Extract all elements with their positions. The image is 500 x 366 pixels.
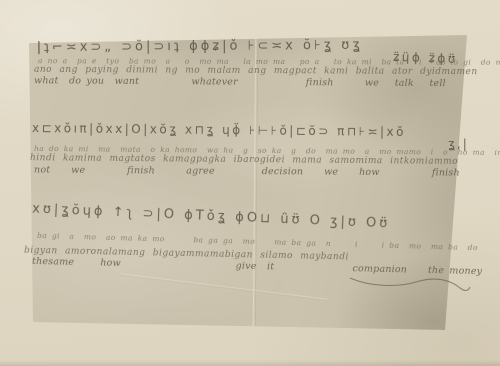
- flourish-underline: [348, 270, 473, 296]
- script-line-1: ǀʇ⌐≍x⊃„ ⊃ŏ|⊃ıʇ ɸɸʑ|ǒ ⊦⊂≍x ŏ⊦ʓ ʊʓ: [37, 39, 363, 54]
- photograph: ǀʇ⌐≍x⊃„ ⊃ŏ|⊃ıʇ ɸɸʑ|ǒ ⊦⊂≍x ŏ⊦ʓ ʊʓ ʑ̈ɥ̈ɸ ʑ…: [0, 0, 500, 366]
- photo-bottom-edge: [0, 360, 500, 366]
- fold-crease-diagonal: [119, 273, 328, 301]
- script-line-2: x⊏xŏıπ|ŏxx|O|xŏʓ x⊓ʓ ɥɸ̈ ⊦⊢⊦ŏ|⊏ŏ⊃ π⊓⊦≍|x…: [32, 122, 406, 138]
